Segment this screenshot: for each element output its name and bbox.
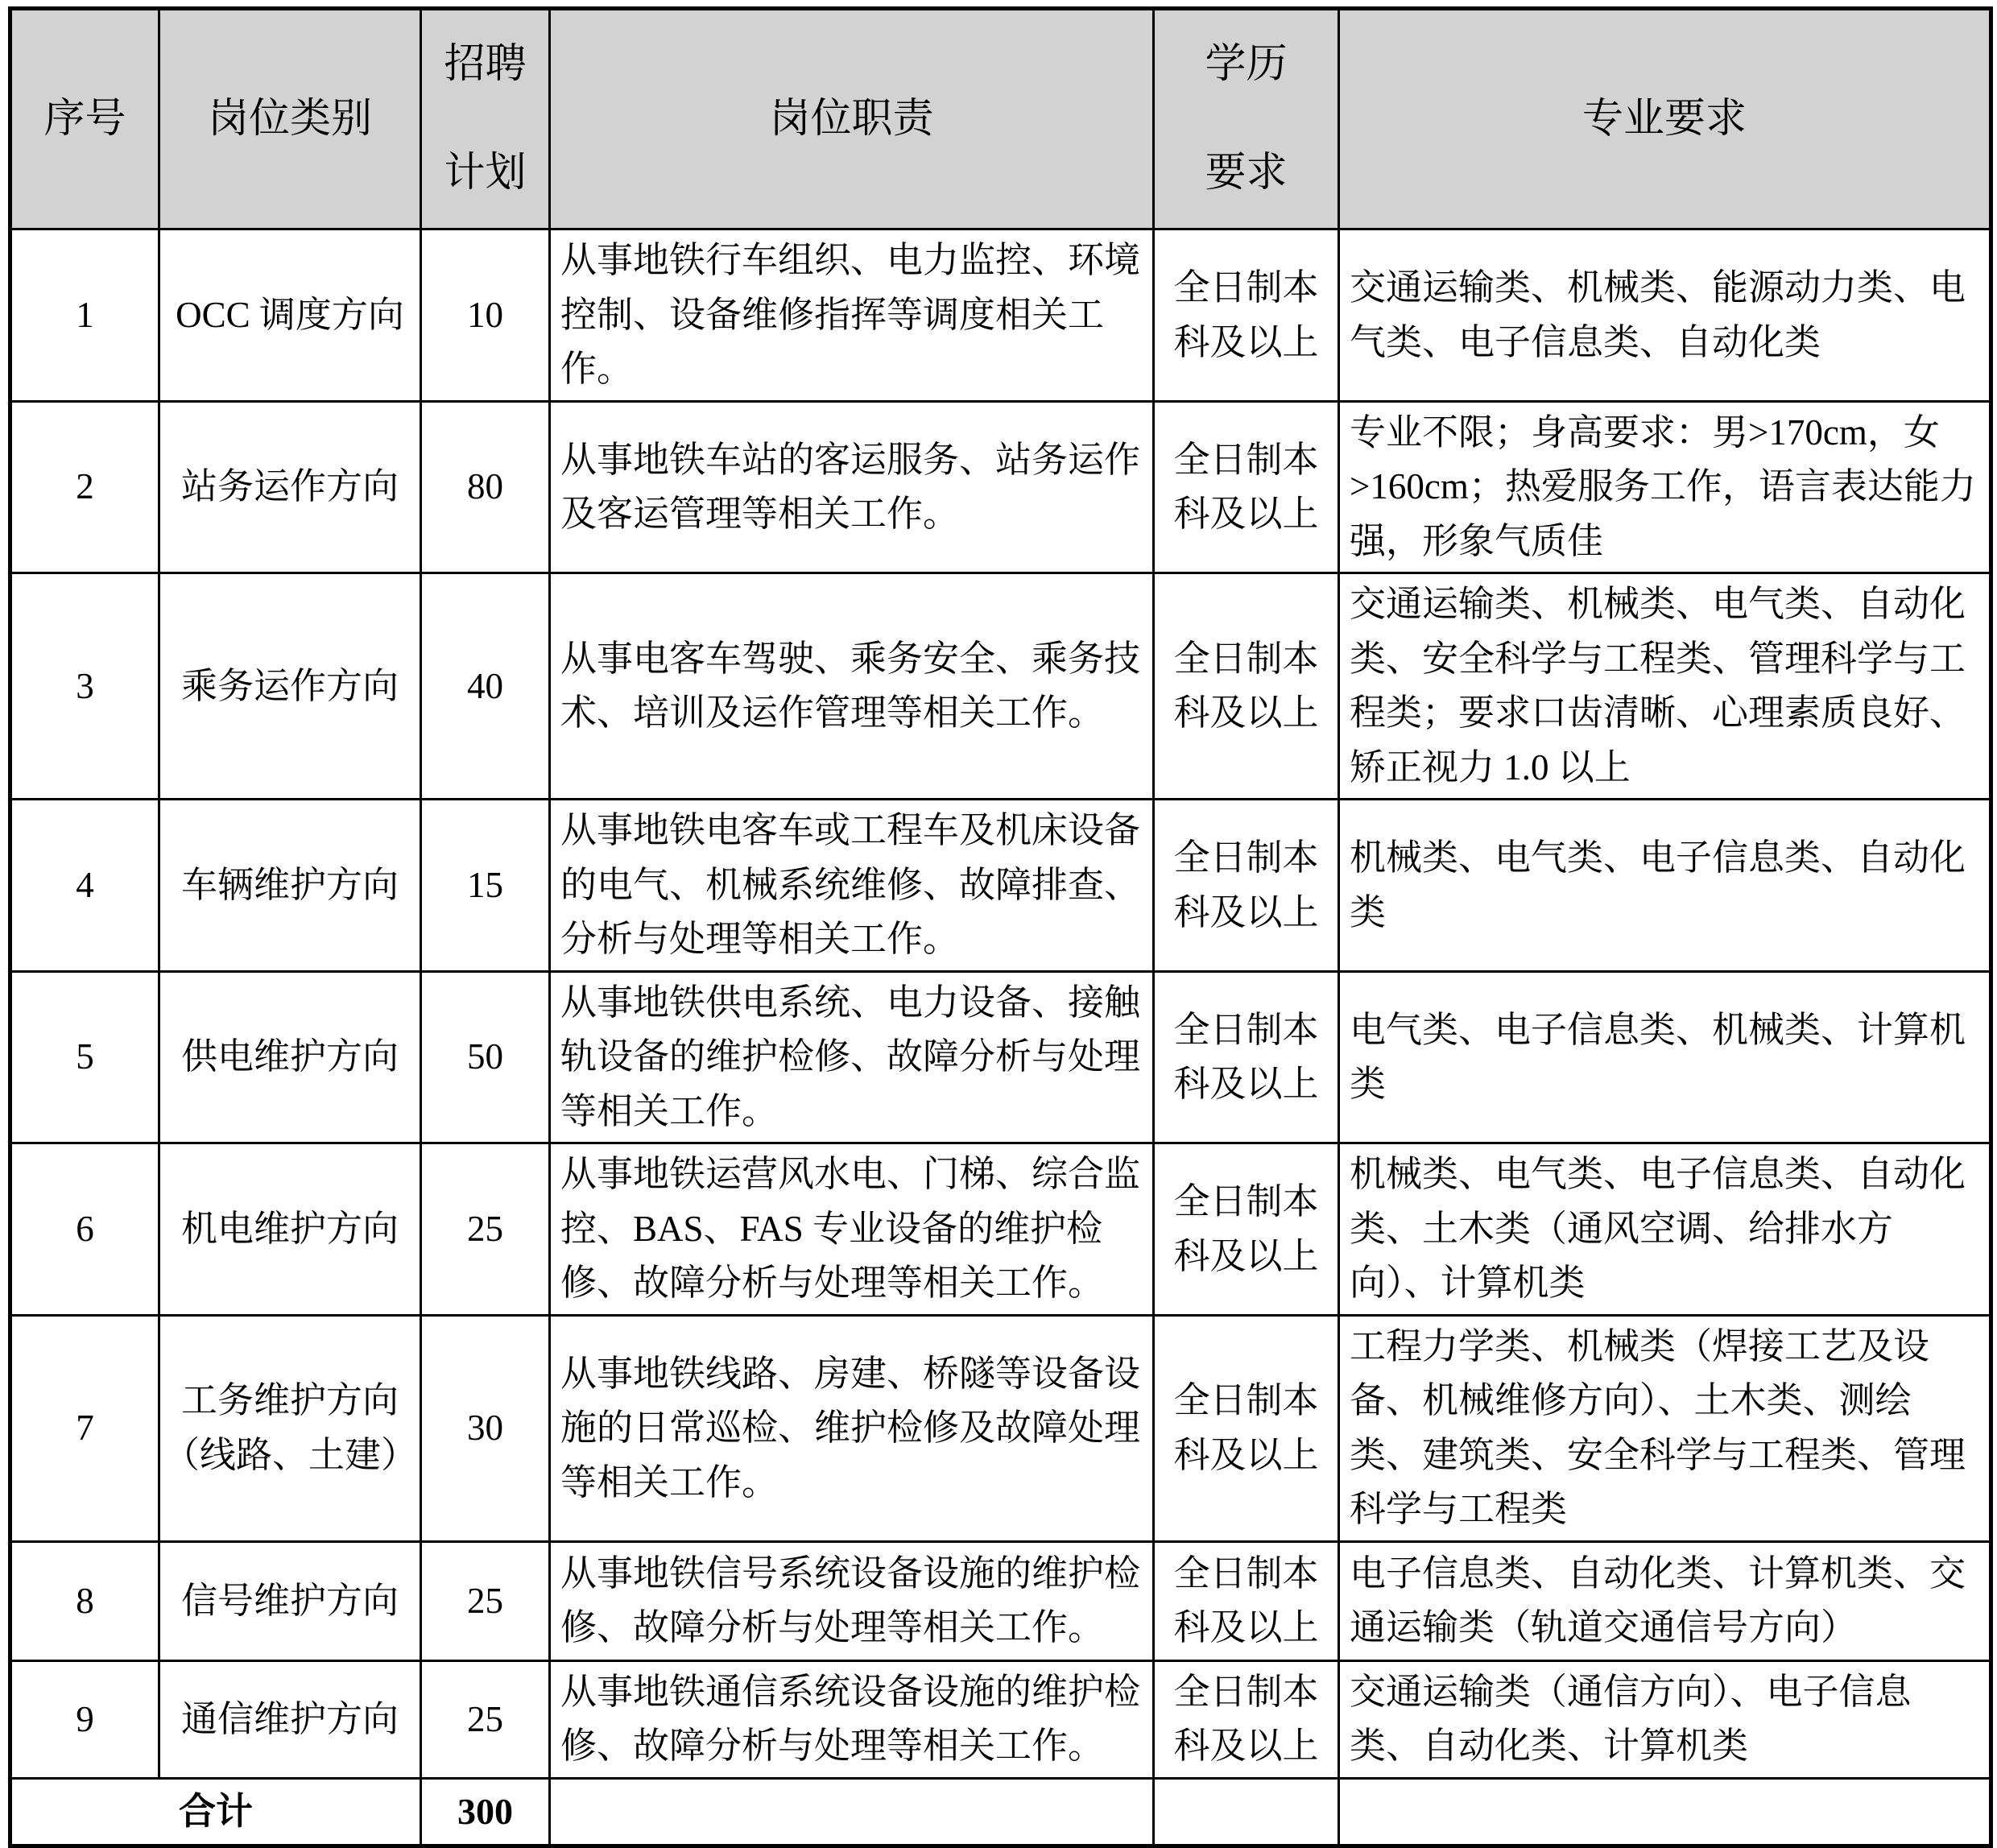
cell-no: 9 [10,1660,159,1778]
cell-no: 2 [10,401,159,573]
cell-category: 供电维护方向 [159,971,421,1143]
cell-plan: 25 [421,1143,550,1316]
cell-education: 全日制本科及以上 [1154,971,1339,1143]
header-category: 岗位类别 [159,9,421,229]
cell-education: 全日制本科及以上 [1154,229,1339,402]
cell-plan: 40 [421,573,550,800]
cell-education: 全日制本科及以上 [1154,1660,1339,1778]
cell-plan: 10 [421,229,550,402]
cell-major: 电子信息类、自动化类、计算机类、交通运输类（轨道交通信号方向） [1339,1541,1991,1660]
table-row: 3 乘务运作方向 40 从事电客车驾驶、乘务安全、乘务技术、培训及运作管理等相关… [10,573,1991,800]
cell-education: 全日制本科及以上 [1154,573,1339,800]
cell-plan: 30 [421,1315,550,1541]
cell-major: 专业不限；身高要求：男>170cm，女>160cm；热爱服务工作，语言表达能力强… [1339,401,1991,573]
cell-no: 7 [10,1315,159,1541]
cell-category: 乘务运作方向 [159,573,421,800]
table-body: 1 OCC 调度方向 10 从事地铁行车组织、电力监控、环境控制、设备维修指挥等… [10,229,1991,1846]
cell-major: 交通运输类、机械类、电气类、自动化类、安全科学与工程类、管理科学与工程类；要求口… [1339,573,1991,800]
cell-category: 信号维护方向 [159,1541,421,1660]
cell-duty: 从事地铁线路、房建、桥隧等设备设施的日常巡检、维护检修及故障处理等相关工作。 [550,1315,1154,1541]
cell-major: 机械类、电气类、电子信息类、自动化类、土木类（通风空调、给排水方向）、计算机类 [1339,1143,1991,1316]
table-row: 1 OCC 调度方向 10 从事地铁行车组织、电力监控、环境控制、设备维修指挥等… [10,229,1991,402]
cell-no: 1 [10,229,159,402]
cell-plan: 25 [421,1541,550,1660]
cell-category: 机电维护方向 [159,1143,421,1316]
total-major [1339,1778,1991,1846]
cell-no: 6 [10,1143,159,1316]
cell-duty: 从事电客车驾驶、乘务安全、乘务技术、培训及运作管理等相关工作。 [550,573,1154,800]
cell-education: 全日制本科及以上 [1154,1143,1339,1316]
cell-education: 全日制本科及以上 [1154,401,1339,573]
cell-major: 交通运输类（通信方向）、电子信息类、自动化类、计算机类 [1339,1660,1991,1778]
table-row: 6 机电维护方向 25 从事地铁运营风水电、门梯、综合监控、BAS、FAS 专业… [10,1143,1991,1316]
cell-duty: 从事地铁运营风水电、门梯、综合监控、BAS、FAS 专业设备的维护检修、故障分析… [550,1143,1154,1316]
cell-plan: 25 [421,1660,550,1778]
cell-education: 全日制本科及以上 [1154,1541,1339,1660]
cell-no: 4 [10,800,159,972]
total-plan: 300 [421,1778,550,1846]
header-duty: 岗位职责 [550,9,1154,229]
table-row: 7 工务维护方向 （线路、土建） 30 从事地铁线路、房建、桥隧等设备设施的日常… [10,1315,1991,1541]
cell-plan: 15 [421,800,550,972]
cell-plan: 50 [421,971,550,1143]
cell-duty: 从事地铁电客车或工程车及机床设备的电气、机械系统维修、故障排查、分析与处理等相关… [550,800,1154,972]
cell-no: 3 [10,573,159,800]
table-row: 9 通信维护方向 25 从事地铁通信系统设备设施的维护检修、故障分析与处理等相关… [10,1660,1991,1778]
header-plan: 招聘 计划 [421,9,550,229]
cell-duty: 从事地铁信号系统设备设施的维护检修、故障分析与处理等相关工作。 [550,1541,1154,1660]
header-row: 序号 岗位类别 招聘 计划 岗位职责 学历 要求 专业要求 [10,9,1991,229]
cell-no: 8 [10,1541,159,1660]
cell-category: 车辆维护方向 [159,800,421,972]
total-row: 合计 300 [10,1778,1991,1846]
cell-category: 工务维护方向 （线路、土建） [159,1315,421,1541]
cell-category: 站务运作方向 [159,401,421,573]
cell-duty: 从事地铁行车组织、电力监控、环境控制、设备维修指挥等调度相关工作。 [550,229,1154,402]
cell-category: OCC 调度方向 [159,229,421,402]
table-row: 8 信号维护方向 25 从事地铁信号系统设备设施的维护检修、故障分析与处理等相关… [10,1541,1991,1660]
recruitment-table: 序号 岗位类别 招聘 计划 岗位职责 学历 要求 专业要求 1 OCC 调度方向… [8,6,1993,1848]
cell-major: 交通运输类、机械类、能源动力类、电气类、电子信息类、自动化类 [1339,229,1991,402]
cell-major: 工程力学类、机械类（焊接工艺及设备、机械维修方向）、土木类、测绘类、建筑类、安全… [1339,1315,1991,1541]
cell-major: 机械类、电气类、电子信息类、自动化类 [1339,800,1991,972]
header-major: 专业要求 [1339,9,1991,229]
table-row: 5 供电维护方向 50 从事地铁供电系统、电力设备、接触轨设备的维护检修、故障分… [10,971,1991,1143]
table-header: 序号 岗位类别 招聘 计划 岗位职责 学历 要求 专业要求 [10,9,1991,229]
total-education [1154,1778,1339,1846]
header-education: 学历 要求 [1154,9,1339,229]
cell-plan: 80 [421,401,550,573]
cell-duty: 从事地铁车站的客运服务、站务运作及客运管理等相关工作。 [550,401,1154,573]
cell-education: 全日制本科及以上 [1154,1315,1339,1541]
cell-education: 全日制本科及以上 [1154,800,1339,972]
cell-no: 5 [10,971,159,1143]
cell-category: 通信维护方向 [159,1660,421,1778]
cell-duty: 从事地铁供电系统、电力设备、接触轨设备的维护检修、故障分析与处理等相关工作。 [550,971,1154,1143]
total-duty [550,1778,1154,1846]
total-label: 合计 [10,1778,421,1846]
table-row: 2 站务运作方向 80 从事地铁车站的客运服务、站务运作及客运管理等相关工作。 … [10,401,1991,573]
table-row: 4 车辆维护方向 15 从事地铁电客车或工程车及机床设备的电气、机械系统维修、故… [10,800,1991,972]
cell-major: 电气类、电子信息类、机械类、计算机类 [1339,971,1991,1143]
header-no: 序号 [10,9,159,229]
cell-duty: 从事地铁通信系统设备设施的维护检修、故障分析与处理等相关工作。 [550,1660,1154,1778]
